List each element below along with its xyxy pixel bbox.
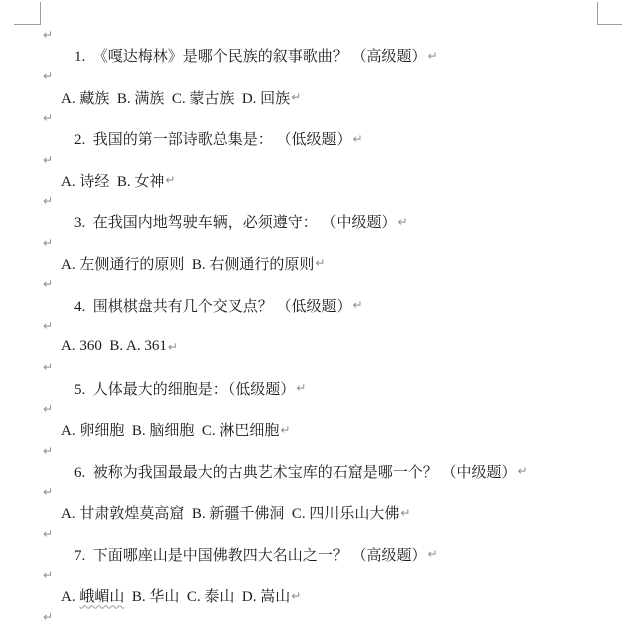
margin-crop-mark-top-left-vertical	[40, 2, 41, 25]
answer-line[interactable]: A. 360 B. A. 361↵	[0, 336, 635, 357]
answer-line[interactable]: A. 甘肃敦煌莫高窟 B. 新疆千佛洞 C. 四川乐山大佛↵	[0, 502, 635, 523]
paragraph-mark-icon: ↵	[168, 341, 178, 353]
answer-text[interactable]: A. 360 B. A. 361	[61, 338, 167, 355]
paragraph-mark-icon: ↵	[518, 465, 528, 477]
answer-text[interactable]: A. 左侧通行的原则 B. 右侧通行的原则	[61, 253, 314, 274]
paragraph-mark-icon: ↵	[165, 174, 175, 186]
empty-paragraph: ↵	[0, 191, 635, 212]
document-page[interactable]: ↵ 1. 《嘎达梅林》是哪个民族的叙事歌曲？ （高级题）↵ ↵ A. 藏族 B.…	[0, 0, 635, 622]
paragraph-mark-icon: ↵	[43, 320, 53, 332]
empty-paragraph: ↵	[0, 66, 635, 87]
paragraph-mark-icon: ↵	[353, 299, 363, 311]
paragraph-mark-icon: ↵	[353, 133, 363, 145]
answer-prefix[interactable]: A.	[61, 589, 79, 605]
empty-paragraph: ↵	[0, 523, 635, 544]
question-line[interactable]: 5. 人体最大的细胞是：（低级题）↵	[0, 378, 635, 399]
answer-line[interactable]: A. 峨嵋山 B. 华山 C. 泰山 D. 嵩山↵	[0, 586, 635, 607]
paragraph-mark-icon: ↵	[398, 216, 408, 228]
empty-paragraph: ↵	[0, 399, 635, 420]
question-line[interactable]: 3. 在我国内地驾驶车辆，必须遵守： （中级题）↵	[0, 212, 635, 233]
answer-line[interactable]: A. 左侧通行的原则 B. 右侧通行的原则↵	[0, 253, 635, 274]
paragraph-mark-icon: ↵	[43, 195, 53, 207]
empty-paragraph: ↵	[0, 232, 635, 253]
paragraph-mark-icon: ↵	[43, 154, 53, 166]
paragraph-mark-icon: ↵	[43, 445, 53, 457]
paragraph-mark-icon: ↵	[291, 590, 301, 602]
margin-crop-mark-top-right-vertical	[597, 2, 598, 25]
question-text[interactable]: 2. 我国的第一部诗歌总集是： （低级题）	[74, 128, 352, 149]
empty-paragraph: ↵	[0, 108, 635, 129]
paragraph-mark-icon: ↵	[43, 611, 53, 622]
paragraph-mark-icon: ↵	[43, 112, 53, 124]
paragraph-mark-icon: ↵	[43, 29, 53, 41]
paragraph-mark-icon: ↵	[43, 237, 53, 249]
question-text[interactable]: 6. 被称为我国最最大的古典艺术宝库的石窟是哪一个？ （中级题）	[74, 461, 517, 482]
answer-text[interactable]: A. 峨嵋山 B. 华山 C. 泰山 D. 嵩山	[61, 585, 290, 606]
question-line[interactable]: 2. 我国的第一部诗歌总集是： （低级题）↵	[0, 128, 635, 149]
answer-text[interactable]: A. 甘肃敦煌莫高窟 B. 新疆千佛洞 C. 四川乐山大佛	[61, 502, 399, 523]
empty-paragraph: ↵	[0, 274, 635, 295]
answer-text[interactable]: A. 诗经 B. 女神	[61, 170, 164, 191]
question-text[interactable]: 1. 《嘎达梅林》是哪个民族的叙事歌曲？ （高级题）	[74, 45, 427, 66]
empty-paragraph: ↵	[0, 25, 635, 46]
answer-text[interactable]: A. 卵细胞 B. 脑细胞 C. 淋巴细胞	[61, 419, 279, 440]
paragraph-mark-icon: ↵	[43, 528, 53, 540]
empty-paragraph: ↵	[0, 315, 635, 336]
spellcheck-underlined-word[interactable]: 峨嵋山	[79, 589, 124, 605]
answer-line[interactable]: A. 诗经 B. 女神↵	[0, 170, 635, 191]
answer-line[interactable]: A. 卵细胞 B. 脑细胞 C. 淋巴细胞↵	[0, 419, 635, 440]
paragraph-mark-icon: ↵	[400, 507, 410, 519]
paragraph-mark-icon: ↵	[428, 50, 438, 62]
question-line[interactable]: 4. 围棋棋盘共有几个交叉点？ （低级题）↵	[0, 295, 635, 316]
question-line[interactable]: 7. 下面哪座山是中国佛教四大名山之一？ （高级题）↵	[0, 544, 635, 565]
question-line[interactable]: 1. 《嘎达梅林》是哪个民族的叙事歌曲？ （高级题）↵	[0, 45, 635, 66]
paragraph-mark-icon: ↵	[43, 278, 53, 290]
paragraph-mark-icon: ↵	[43, 70, 53, 82]
answer-rest[interactable]: B. 华山 C. 泰山 D. 嵩山	[124, 589, 290, 605]
answer-line[interactable]: A. 藏族 B. 满族 C. 蒙古族 D. 回族↵	[0, 87, 635, 108]
answer-text[interactable]: A. 藏族 B. 满族 C. 蒙古族 D. 回族	[61, 87, 290, 108]
empty-paragraph: ↵	[0, 357, 635, 378]
paragraph-mark-icon: ↵	[428, 548, 438, 560]
question-text[interactable]: 4. 围棋棋盘共有几个交叉点？ （低级题）	[74, 295, 352, 316]
empty-paragraph: ↵	[0, 482, 635, 503]
empty-paragraph: ↵	[0, 606, 635, 622]
question-text[interactable]: 7. 下面哪座山是中国佛教四大名山之一？ （高级题）	[74, 544, 427, 565]
question-text[interactable]: 3. 在我国内地驾驶车辆，必须遵守： （中级题）	[74, 211, 397, 232]
paragraph-mark-icon: ↵	[43, 403, 53, 415]
paragraph-mark-icon: ↵	[43, 361, 53, 373]
paragraph-mark-icon: ↵	[43, 486, 53, 498]
empty-paragraph: ↵	[0, 565, 635, 586]
question-text[interactable]: 5. 人体最大的细胞是：（低级题）	[74, 378, 295, 399]
empty-paragraph: ↵	[0, 440, 635, 461]
paragraph-mark-icon: ↵	[280, 424, 290, 436]
paragraph-mark-icon: ↵	[43, 569, 53, 581]
document-text-area[interactable]: ↵ 1. 《嘎达梅林》是哪个民族的叙事歌曲？ （高级题）↵ ↵ A. 藏族 B.…	[0, 25, 635, 622]
paragraph-mark-icon: ↵	[315, 257, 325, 269]
empty-paragraph: ↵	[0, 149, 635, 170]
paragraph-mark-icon: ↵	[291, 91, 301, 103]
paragraph-mark-icon: ↵	[296, 382, 306, 394]
question-line[interactable]: 6. 被称为我国最最大的古典艺术宝库的石窟是哪一个？ （中级题）↵	[0, 461, 635, 482]
